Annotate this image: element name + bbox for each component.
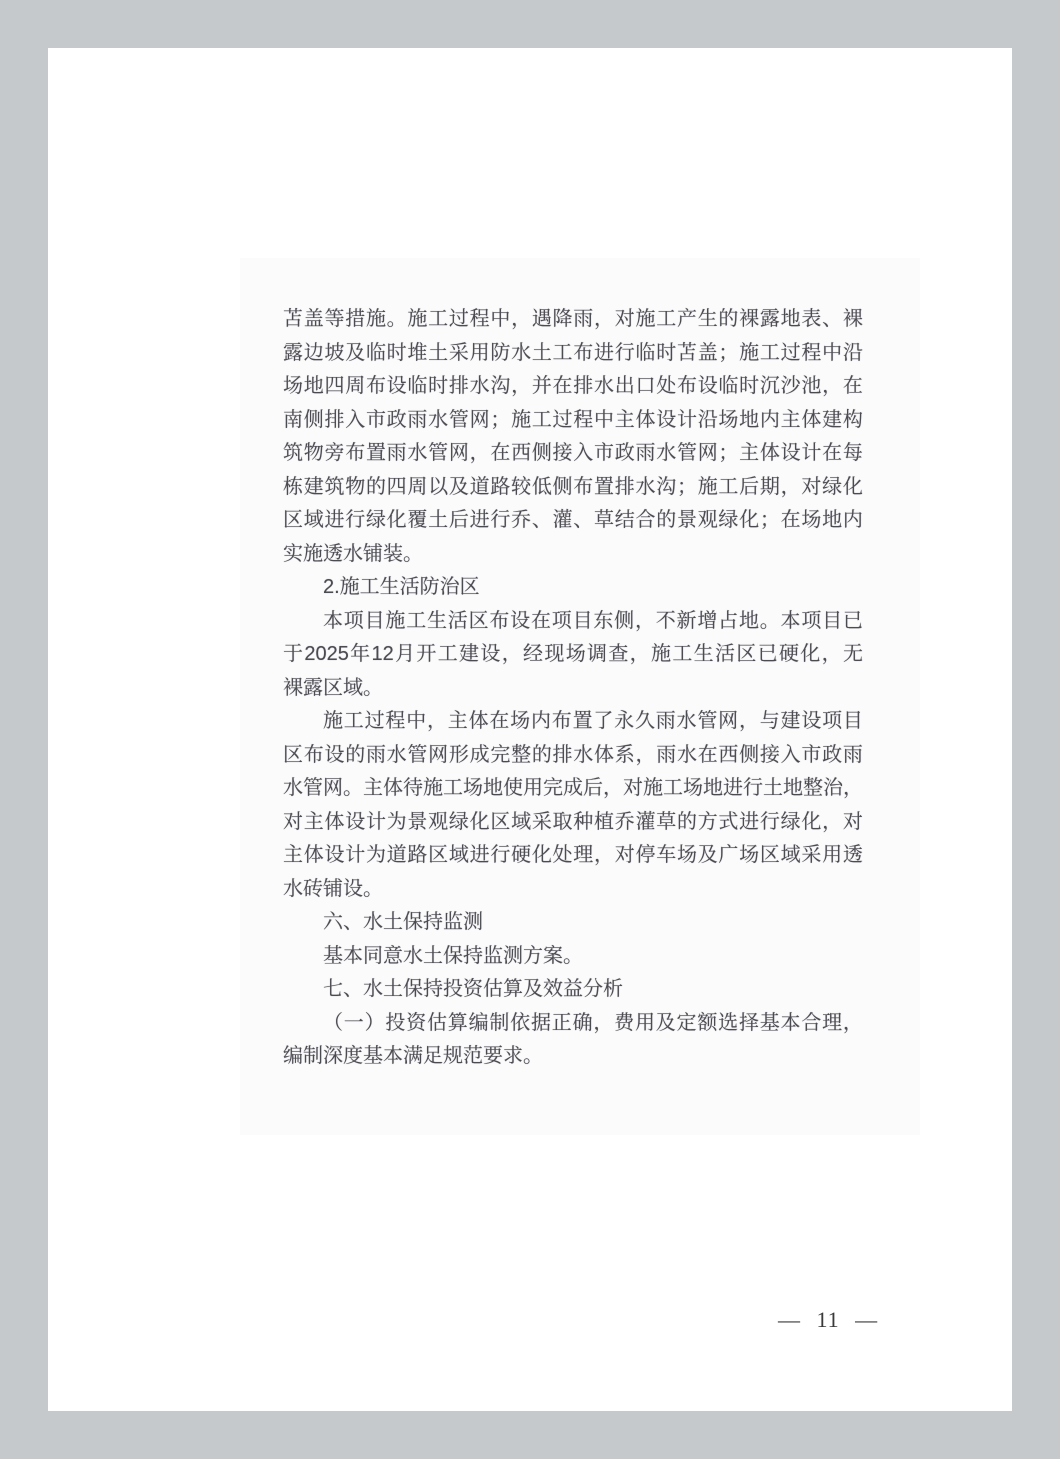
text-line: 南侧排入市政雨水管网；施工过程中主体设计沿场地内主体建构 xyxy=(283,404,863,438)
text-line: 区布设的雨水管网形成完整的排水体系，雨水在西侧接入市政雨 xyxy=(283,739,863,773)
text-line: 七、水土保持投资估算及效益分析 xyxy=(283,973,863,1007)
text-line: 水砖铺设。 xyxy=(283,873,863,907)
text-line: 对主体设计为景观绿化区域采取种植乔灌草的方式进行绿化，对 xyxy=(283,806,863,840)
text-line: 于2025年12月开工建设，经现场调查，施工生活区已硬化，无 xyxy=(283,638,863,672)
text-line: 基本同意水土保持监测方案。 xyxy=(283,940,863,974)
text-line: 主体设计为道路区域进行硬化处理，对停车场及广场区域采用透 xyxy=(283,839,863,873)
text-line: 露边坡及临时堆土采用防水土工布进行临时苫盖；施工过程中沿 xyxy=(283,337,863,371)
text-line: 水管网。主体待施工场地使用完成后，对施工场地进行土地整治， xyxy=(283,772,863,806)
text-line: （一）投资估算编制依据正确，费用及定额选择基本合理， xyxy=(283,1007,863,1041)
text-line: 编制深度基本满足规范要求。 xyxy=(283,1040,863,1074)
text-line: 苫盖等措施。施工过程中，遇降雨，对施工产生的裸露地表、裸 xyxy=(283,303,863,337)
text-line: 裸露区域。 xyxy=(283,672,863,706)
text-line: 本项目施工生活区布设在项目东侧，不新增占地。本项目已 xyxy=(283,605,863,639)
text-line: 栋建筑物的四周以及道路较低侧布置排水沟；施工后期，对绿化 xyxy=(283,471,863,505)
text-line: 筑物旁布置雨水管网，在西侧接入市政雨水管网；主体设计在每 xyxy=(283,437,863,471)
text-line: 六、水土保持监测 xyxy=(283,906,863,940)
text-line: 场地四周布设临时排水沟，并在排水出口处布设临时沉沙池，在 xyxy=(283,370,863,404)
body-text: 苫盖等措施。施工过程中，遇降雨，对施工产生的裸露地表、裸露边坡及临时堆土采用防水… xyxy=(283,303,863,1074)
page-number: — 11 — xyxy=(778,1309,878,1331)
text-line: 区域进行绿化覆土后进行乔、灌、草结合的景观绿化；在场地内 xyxy=(283,504,863,538)
document-page: 苫盖等措施。施工过程中，遇降雨，对施工产生的裸露地表、裸露边坡及临时堆土采用防水… xyxy=(48,48,1012,1411)
text-line: 2.施工生活防治区 xyxy=(283,571,863,605)
text-line: 施工过程中，主体在场内布置了永久雨水管网，与建设项目 xyxy=(283,705,863,739)
text-line: 实施透水铺装。 xyxy=(283,538,863,572)
scan-backdrop: 苫盖等措施。施工过程中，遇降雨，对施工产生的裸露地表、裸露边坡及临时堆土采用防水… xyxy=(0,0,1060,1459)
